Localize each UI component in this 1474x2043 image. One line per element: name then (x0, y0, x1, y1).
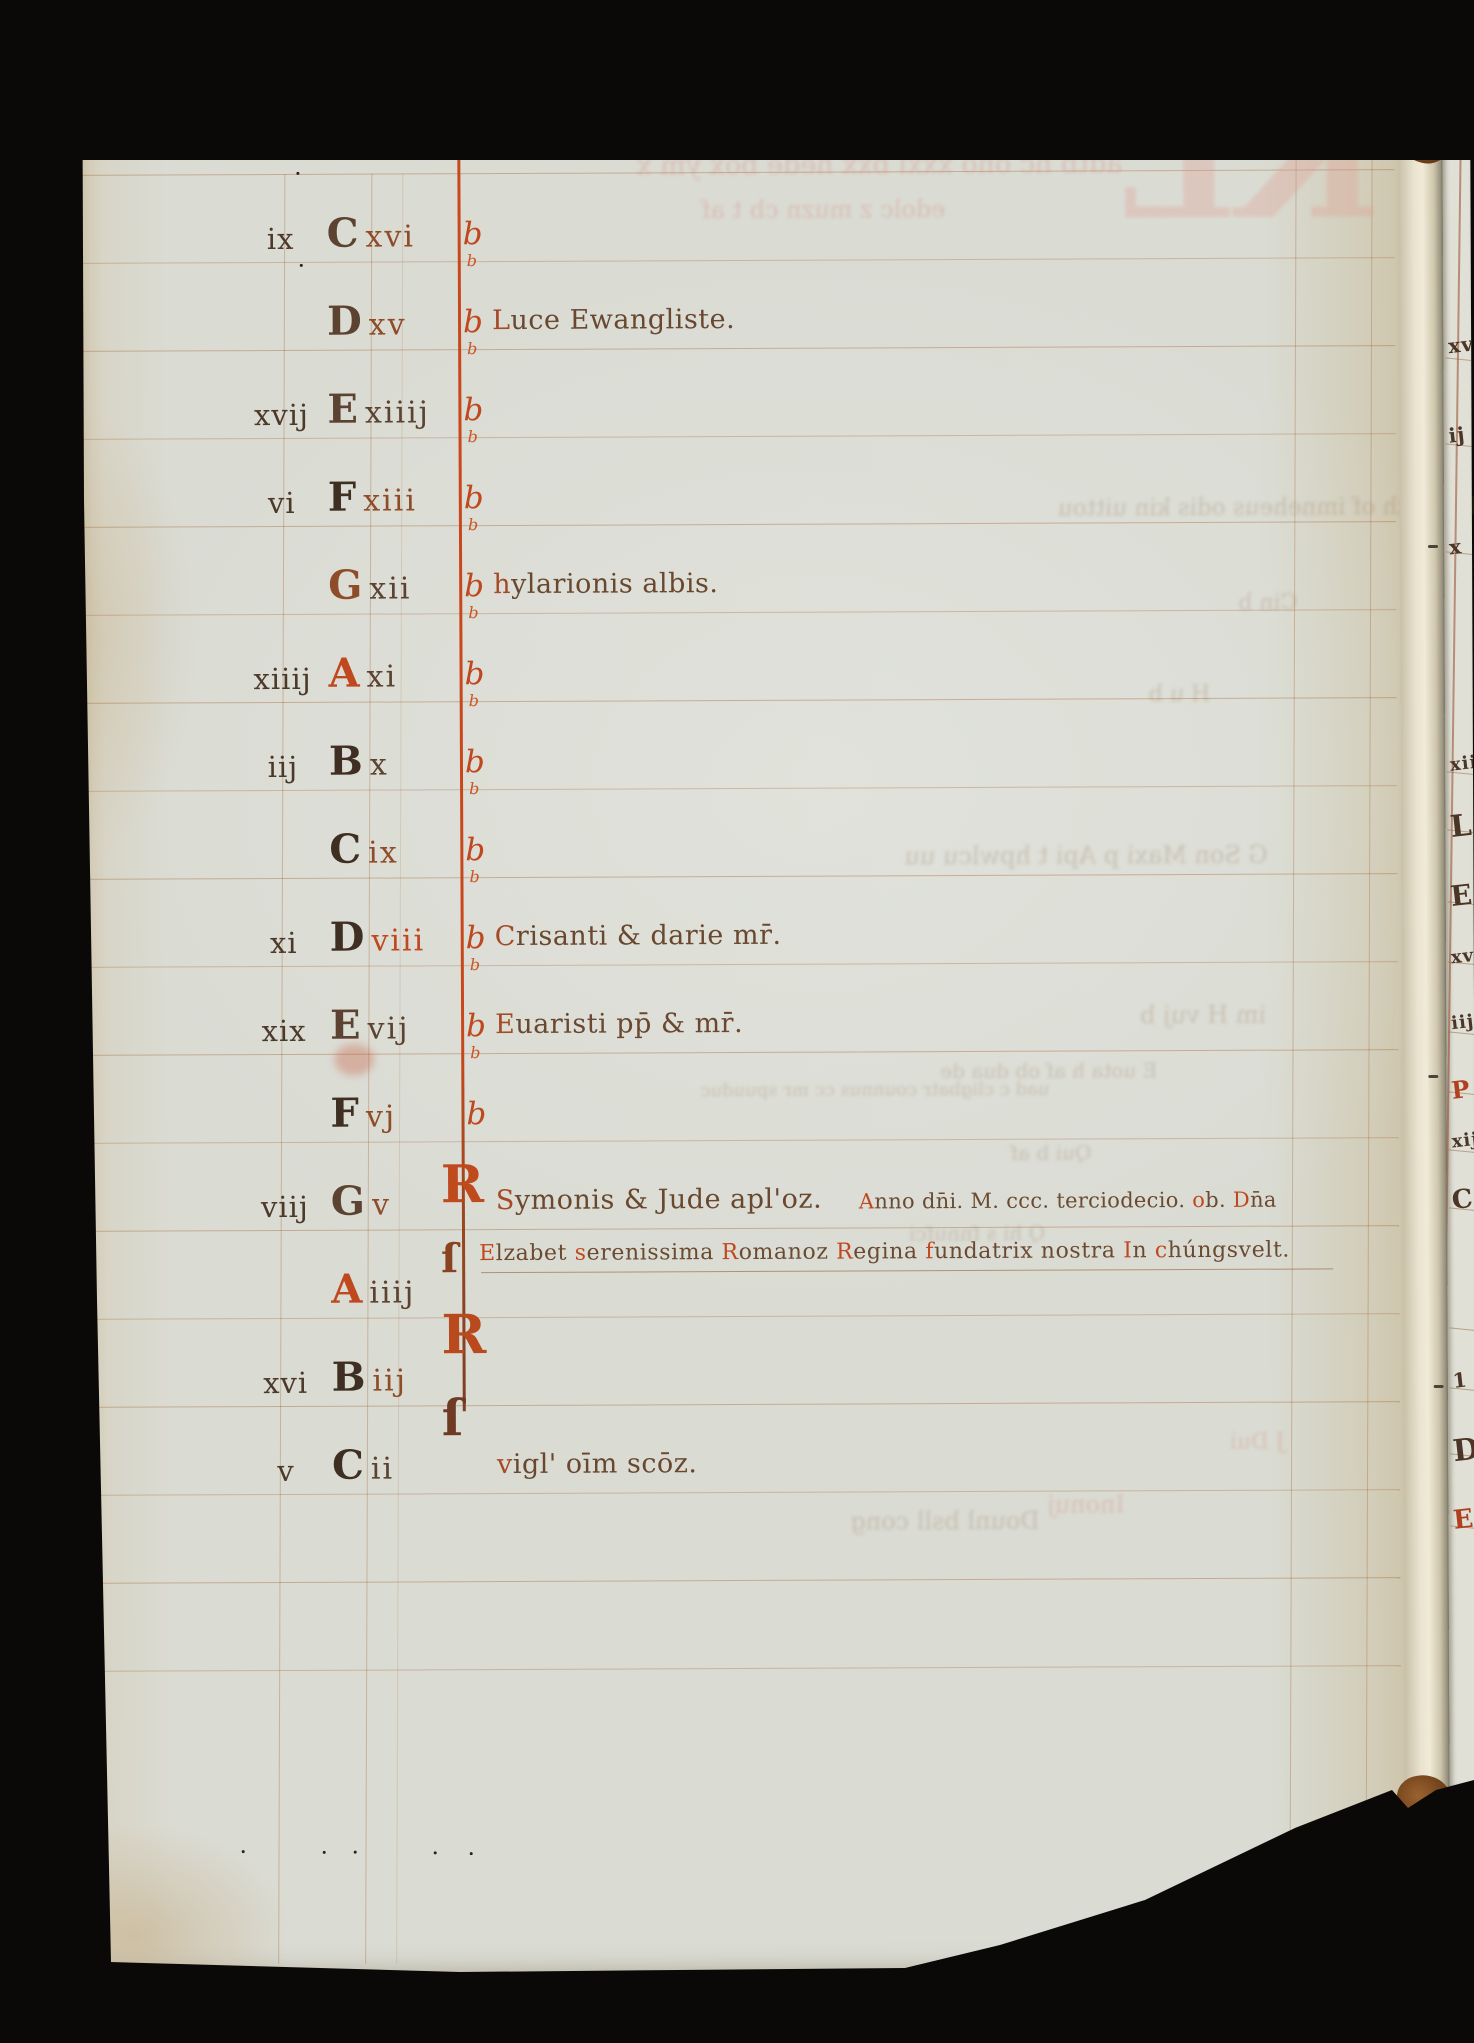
red-pigment-smudge (334, 1044, 374, 1076)
obit-segment: húngsvelt. (1168, 1238, 1290, 1264)
dominical-letter: F (328, 474, 357, 521)
letter-day-group: Cxvi (327, 209, 416, 256)
obit-segment: undatrix nostra (934, 1238, 1123, 1264)
calendar-row: ixCxvi (0, 211, 1397, 283)
golden-number: xiiij (237, 662, 329, 696)
obit-segment: erenissima (587, 1240, 722, 1266)
dominical-letter: G (331, 1178, 365, 1225)
golden-number: xvij (235, 398, 327, 432)
pricking-dot (296, 172, 299, 175)
next-page-text-fragment: D (1451, 1431, 1474, 1469)
golden-number: xvi (240, 1366, 332, 1400)
day-numeral: xi (367, 659, 398, 694)
feast-entry: Symonis & Jude apl'oz. (496, 1184, 822, 1216)
day-numeral: vij (368, 1011, 410, 1046)
next-page-text-fragment: xv H (1450, 942, 1474, 968)
letter-day-group: Biij (332, 1353, 408, 1400)
letter-day-group: Cii (332, 1442, 394, 1489)
next-page-text-fragment: 1 C (1451, 1365, 1474, 1393)
obit-segment: R (721, 1240, 738, 1265)
obit-segment: f (925, 1239, 934, 1264)
feast-entry: vigl' oīm scōz. (497, 1448, 698, 1480)
obit-segment: c (1155, 1238, 1168, 1263)
dominical-letter: C (332, 1442, 364, 1489)
dominical-letter: C (329, 826, 361, 873)
obit-line-2: Elzabet serenissima Romanoz Regina funda… (479, 1238, 1290, 1267)
day-numeral: ii (371, 1452, 394, 1487)
day-numeral: vj (366, 1100, 396, 1135)
manuscript-photo: adtb hc ono xxxi bxx hede box ym xedolc … (0, 0, 1474, 2043)
letter-day-group: Cix (329, 825, 399, 872)
dominical-letter: G (328, 562, 362, 609)
calendar-row: xviBiij (2, 1355, 1402, 1427)
letter-day-group: Gv (331, 1178, 391, 1225)
feast-entry: Crisanti & darie mr̄. (495, 920, 782, 952)
photo-background-top (0, 0, 1474, 160)
obit-segment: b. (1205, 1188, 1233, 1212)
feast-entry: Luce Ewangliste. (492, 304, 735, 336)
letter-day-group: Fxiii (328, 473, 417, 520)
dominical-letter: E (330, 1002, 361, 1049)
golden-number: viij (239, 1190, 331, 1224)
calendar-row: xixEvijEuaristi pp̄ & mr̄. (0, 1003, 1400, 1075)
golden-number: xix (238, 1014, 330, 1048)
obit-segment: n̄a (1250, 1188, 1277, 1212)
fore-edge-nick (1428, 545, 1438, 548)
next-page-text-fragment: E (1452, 1504, 1474, 1536)
fore-edge-nick (1434, 1385, 1444, 1388)
dominical-letter: D (330, 914, 365, 961)
obit-segment: lzabet (496, 1241, 575, 1266)
dominical-letter: A (328, 650, 359, 697)
next-page-ruled-line (1449, 1327, 1474, 1331)
day-numeral: xiiij (365, 395, 430, 430)
obit-segment: A (859, 1189, 875, 1213)
calendar-row: Cix (0, 827, 1400, 899)
next-page-text-fragment: xij B (1451, 1126, 1474, 1152)
pricking-dot (434, 1851, 437, 1854)
letter-day-group: Exiiij (327, 385, 430, 432)
day-numeral: ix (368, 835, 399, 870)
next-page-text-fragment: x (1448, 534, 1463, 559)
obit-segment: R (836, 1240, 853, 1265)
letter-day-group: Bx (329, 738, 389, 785)
calendar-row: Fvj (0, 1091, 1400, 1163)
dominical-letter: E (327, 386, 358, 433)
day-numeral: xiii (363, 483, 417, 518)
next-page-text-fragment: ij (1447, 422, 1466, 448)
calendar-row: xiiijAxi (0, 651, 1399, 723)
golden-number: vi (236, 486, 328, 520)
pricking-dot (242, 1850, 245, 1853)
feast-entry: hylarionis albis. (493, 568, 718, 600)
calendar-row: Gxiihylarionis albis. (0, 563, 1398, 635)
day-numeral: xii (369, 571, 411, 606)
obit-segment: n (1132, 1238, 1154, 1263)
letter-day-group: Fvj (330, 1090, 396, 1137)
next-page-text-fragment: L (1448, 808, 1474, 845)
dominical-letter: A (331, 1266, 362, 1313)
pricking-dot (354, 1851, 357, 1854)
calendar-row: DxvLuce Ewangliste. (0, 299, 1397, 371)
day-numeral: viii (371, 923, 425, 958)
dominical-letter: C (327, 210, 359, 257)
calendar-row: Aiiij (1, 1267, 1401, 1339)
day-numeral: iij (372, 1363, 407, 1398)
letter-day-group: Dviii (330, 913, 426, 960)
obit-segment: nno dn̄i. M. ccc. terciodecio. (874, 1188, 1192, 1213)
golden-number: ix (235, 222, 327, 256)
dominical-letter: F (330, 1090, 359, 1137)
obit-segment: o (1192, 1188, 1205, 1212)
obit-segment: egina (853, 1239, 925, 1264)
next-page-text-fragment: C (1450, 1184, 1474, 1216)
day-numeral: x (370, 748, 389, 783)
next-page-text-fragment: E (1449, 878, 1474, 913)
obit-segment: omanoz (739, 1240, 837, 1265)
day-numeral: xv (369, 307, 407, 342)
golden-number: iij (237, 750, 329, 784)
next-page-text-fragment: xv (1447, 332, 1474, 359)
obit-segment: D (1233, 1188, 1250, 1212)
day-numeral: v (372, 1188, 391, 1223)
dominical-letter: B (329, 738, 363, 785)
pricking-dot (300, 264, 303, 267)
dominical-letter: B (332, 1354, 366, 1401)
dominical-letter: D (327, 298, 362, 345)
page-fore-edge (1398, 45, 1450, 1793)
obit-segment: s (575, 1241, 587, 1266)
calendar-row: vCiivigl' oīm scōz. (2, 1443, 1402, 1515)
obit-segment: E (479, 1241, 496, 1266)
golden-number: xi (238, 926, 330, 960)
letter-day-group: Aiiij (331, 1265, 415, 1312)
calendar-row: xvijExiiij (0, 387, 1398, 459)
day-numeral: iiij (369, 1275, 415, 1310)
next-page-text-fragment: P (1450, 1074, 1472, 1105)
pricking-dot (470, 1852, 473, 1855)
next-page-text-fragment: iij C (1450, 1008, 1474, 1034)
feast-entry: Euaristi pp̄ & mr̄. (495, 1008, 743, 1040)
letter-day-group: Evij (330, 1001, 410, 1048)
letter-day-group: Gxii (328, 561, 411, 608)
calendar-row: xiDviiiCrisanti & darie mr̄. (0, 915, 1400, 987)
fore-edge-nick (1428, 1075, 1438, 1078)
calendar-row: iijBx (0, 739, 1399, 811)
day-numeral: xvi (365, 219, 415, 254)
pricking-dot (323, 1851, 326, 1854)
obit-line-1: Anno dn̄i. M. ccc. terciodecio. ob. Dn̄a (859, 1188, 1277, 1214)
page-tilt-layer: adtb hc ono xxxi bxx hede box ym xedolc … (0, 0, 1474, 2043)
golden-number: v (240, 1454, 332, 1488)
letter-day-group: Dxv (327, 297, 407, 344)
next-page-text-fragment: xiij (1449, 751, 1474, 776)
calendar-row: viFxiii (0, 475, 1398, 547)
letter-day-group: Axi (328, 649, 397, 696)
